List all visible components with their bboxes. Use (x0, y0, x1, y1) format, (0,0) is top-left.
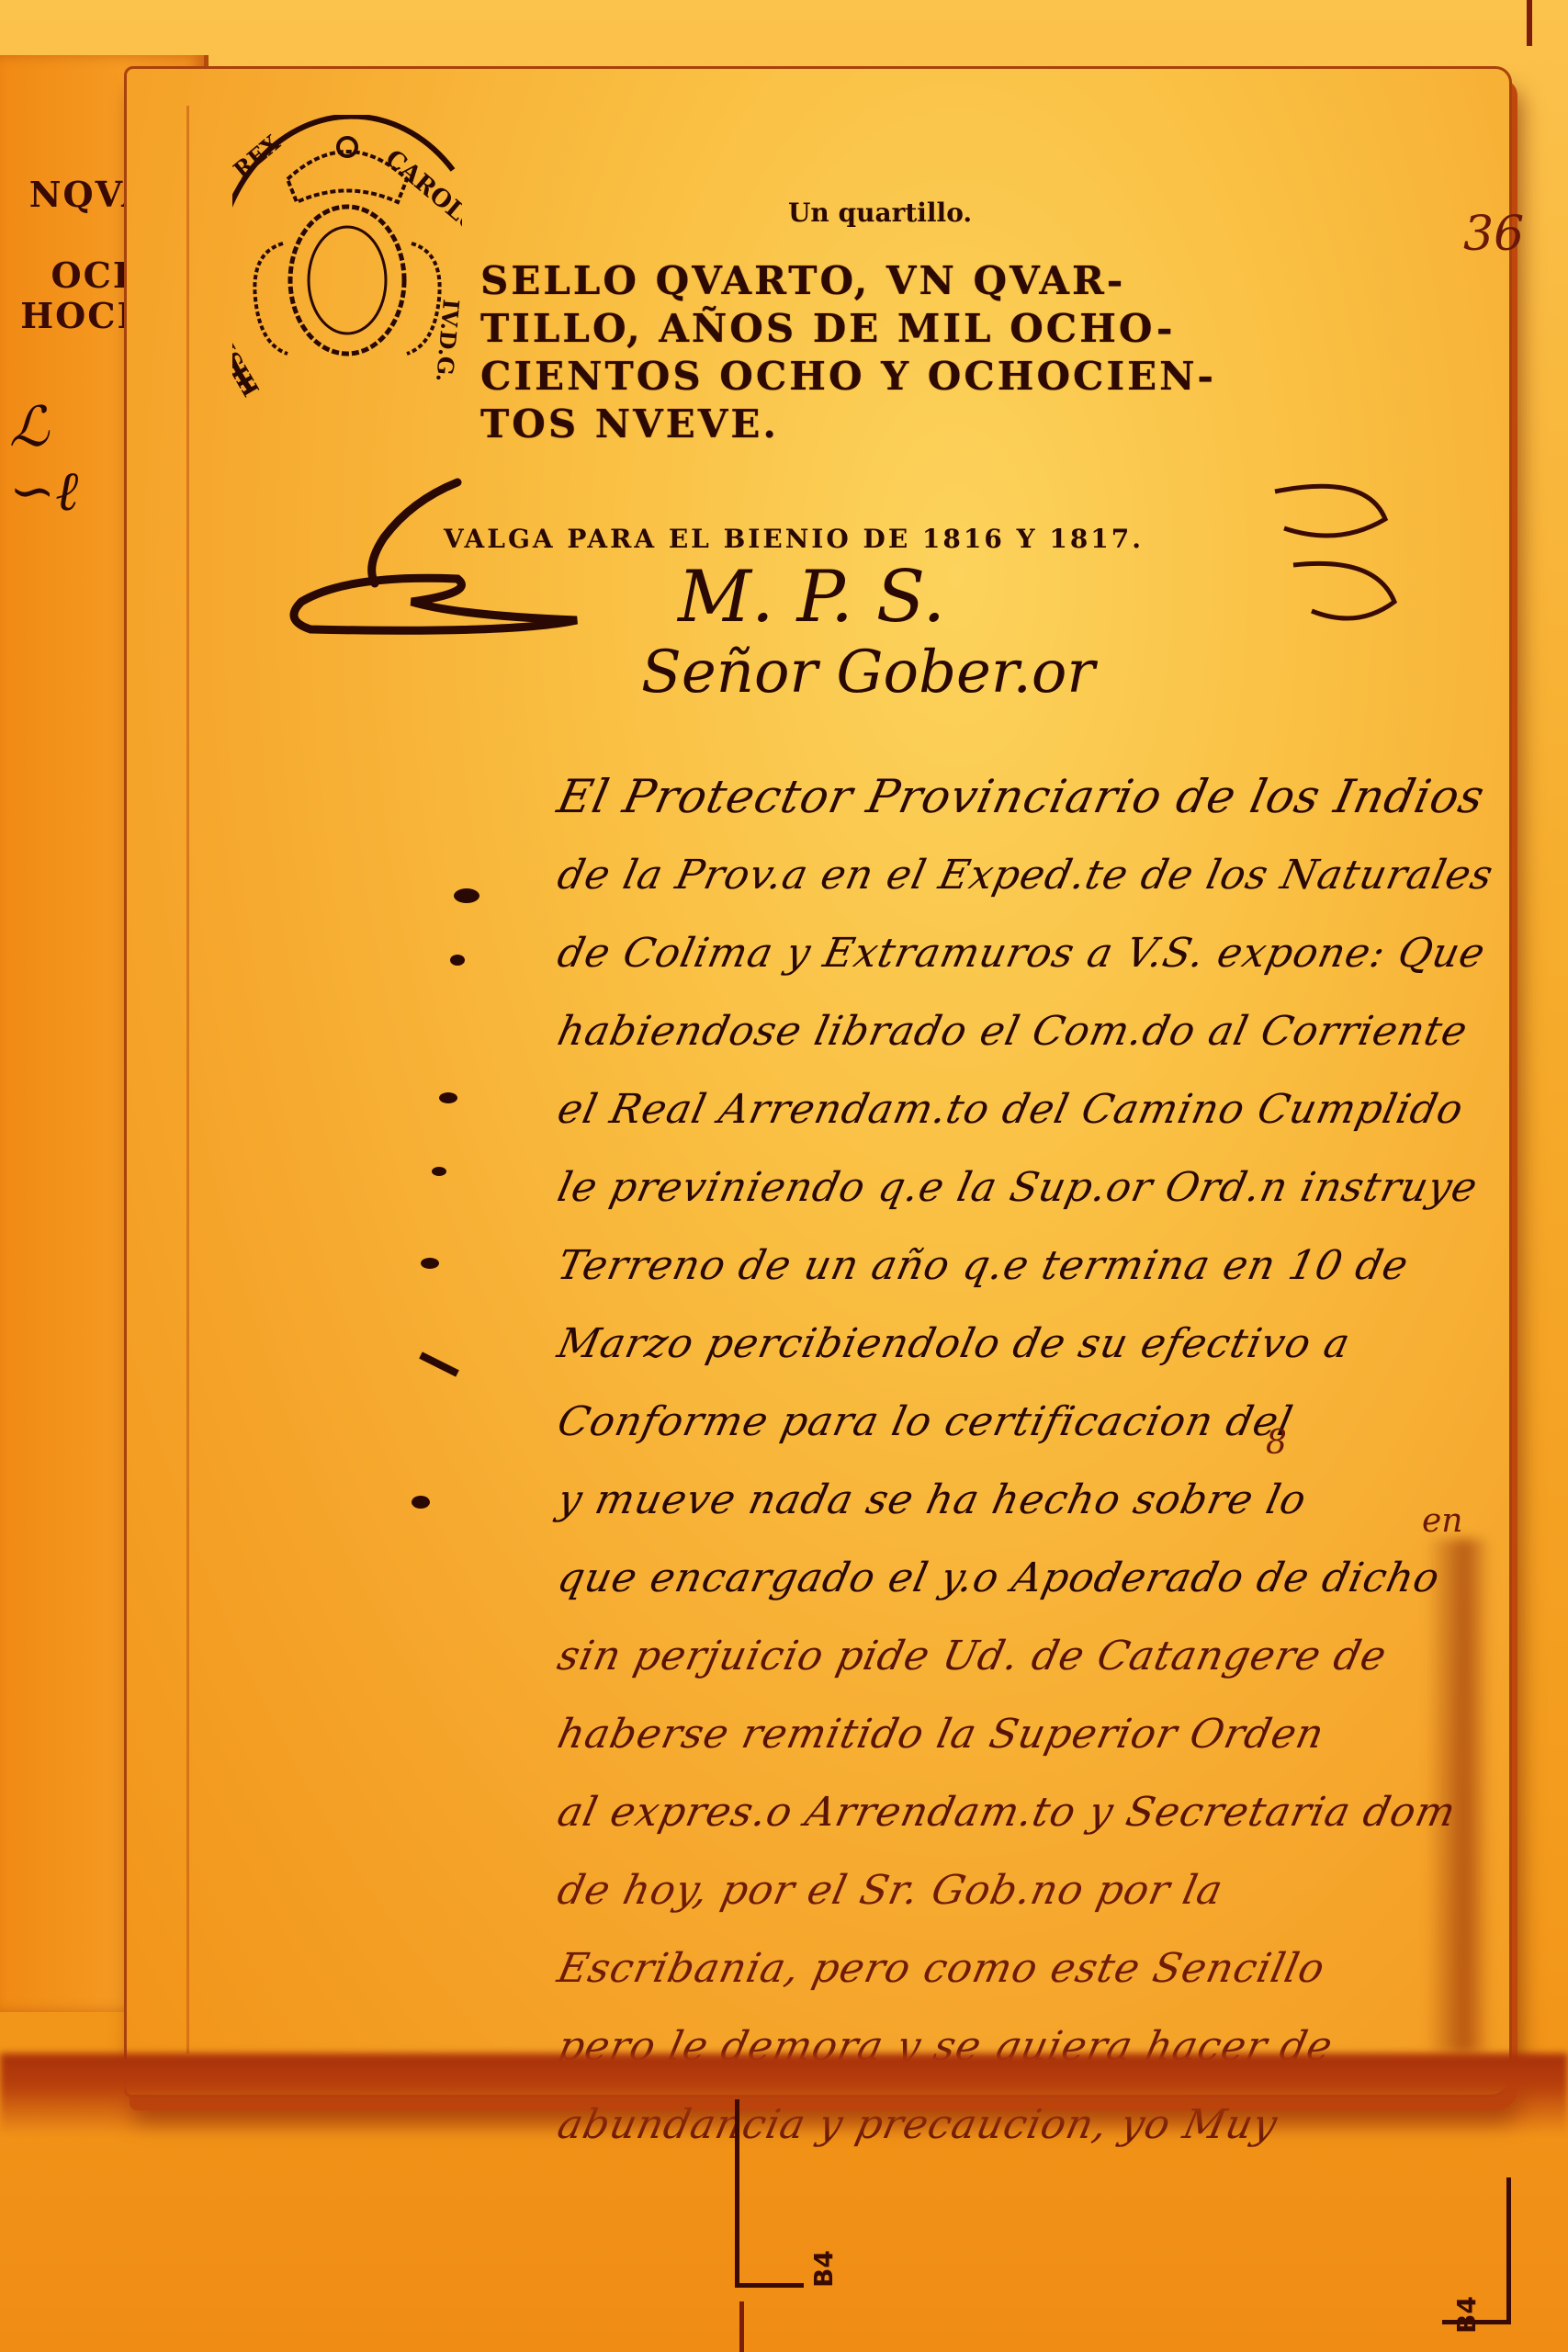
letter-line: le previniendo q.e la Sup.or Ord.n instr… (550, 1148, 1568, 1227)
letter-line: y mueve nada se ha hecho sobre lo (550, 1461, 1568, 1539)
margin-flourish (1257, 464, 1422, 694)
stamp-line: SELLO QVARTO, VN QVAR- (480, 257, 1353, 305)
salutation-abbreviation: M. P. S. (678, 556, 945, 639)
crop-mark-label: B4 (808, 2250, 839, 2288)
letter-line: sin perjuicio pide Ud. de Catangere de (550, 1617, 1568, 1695)
letter-line: Terreno de un año q.e termina en 10 de (550, 1227, 1568, 1305)
letter-line: habiendose librado el Com.do al Corrient… (550, 992, 1568, 1070)
stamp-line: CIENTOS OCHO Y OCHOCIEN- (480, 353, 1353, 401)
stamp-printed-header: SELLO QVARTO, VN QVAR- TILLO, AÑOS DE MI… (480, 257, 1353, 448)
stamp-line: TOS NVEVE. (480, 401, 1353, 448)
letter-line: de hoy, por el Sr. Gob.no por la (550, 1851, 1568, 1929)
letter-line: El Protector Provinciario de los Indios (550, 758, 1568, 836)
interlinear-note: en (1422, 1502, 1463, 1540)
svg-text:HISP: HISP (232, 333, 265, 401)
document-page: CAROLUS IV.D.G. REX HISP Un quartillo. S… (124, 66, 1512, 2098)
handwriting-fragment: ∽ℓ (9, 459, 78, 524)
crop-mark-left (735, 2099, 804, 2288)
handwritten-letter-body: El Protector Provinciario de los Indios … (558, 758, 1568, 2164)
stamp-line: TILLO, AÑOS DE MIL OCHO- (480, 305, 1353, 353)
royal-seal-stamp: CAROLUS IV.D.G. REX HISP (232, 115, 462, 418)
letter-line: de Colima y Extramuros a V.S. expone: Qu… (550, 914, 1568, 992)
svg-text:IV.D.G.: IV.D.G. (431, 298, 462, 383)
crop-mark-tick (739, 2301, 744, 2352)
ruler-tick-top-right (1527, 0, 1532, 46)
letter-line: que encargado el y.o Apoderado de dicho (550, 1539, 1568, 1617)
handwriting-fragment: ℒ (9, 395, 49, 459)
crop-mark-label: B4 (1451, 2296, 1482, 2334)
letter-line: Escribania, pero como este Sencillo (550, 1929, 1568, 2007)
letter-line: el Real Arrendam.to del Camino Cumplido (550, 1070, 1568, 1148)
interlinear-note: 8 (1266, 1424, 1287, 1462)
margin-ink-marks (402, 877, 513, 1612)
salutation: Señor Gober.or (641, 639, 1095, 707)
stamp-value-label: Un quartillo. (788, 198, 972, 228)
coat-of-arms-icon: CAROLUS IV.D.G. REX HISP (232, 115, 462, 418)
page-fold-line (186, 106, 189, 2053)
letter-line: Conforme para lo certificacion del (550, 1383, 1568, 1461)
svg-text:REX: REX (232, 130, 286, 184)
letter-line: al expres.o Arrendam.to y Secretaria dom (550, 1773, 1568, 1851)
letter-line: haberse remitido la Superior Orden (550, 1695, 1568, 1773)
folio-number: 36 (1463, 207, 1524, 262)
svg-text:CAROLUS: CAROLUS (380, 144, 462, 250)
rubric-signature-flourish (274, 464, 669, 648)
letter-line: Marzo percibiendolo de su efectivo a (550, 1305, 1568, 1383)
letter-line: de la Prov.a en el Exped.te de los Natur… (550, 836, 1568, 914)
